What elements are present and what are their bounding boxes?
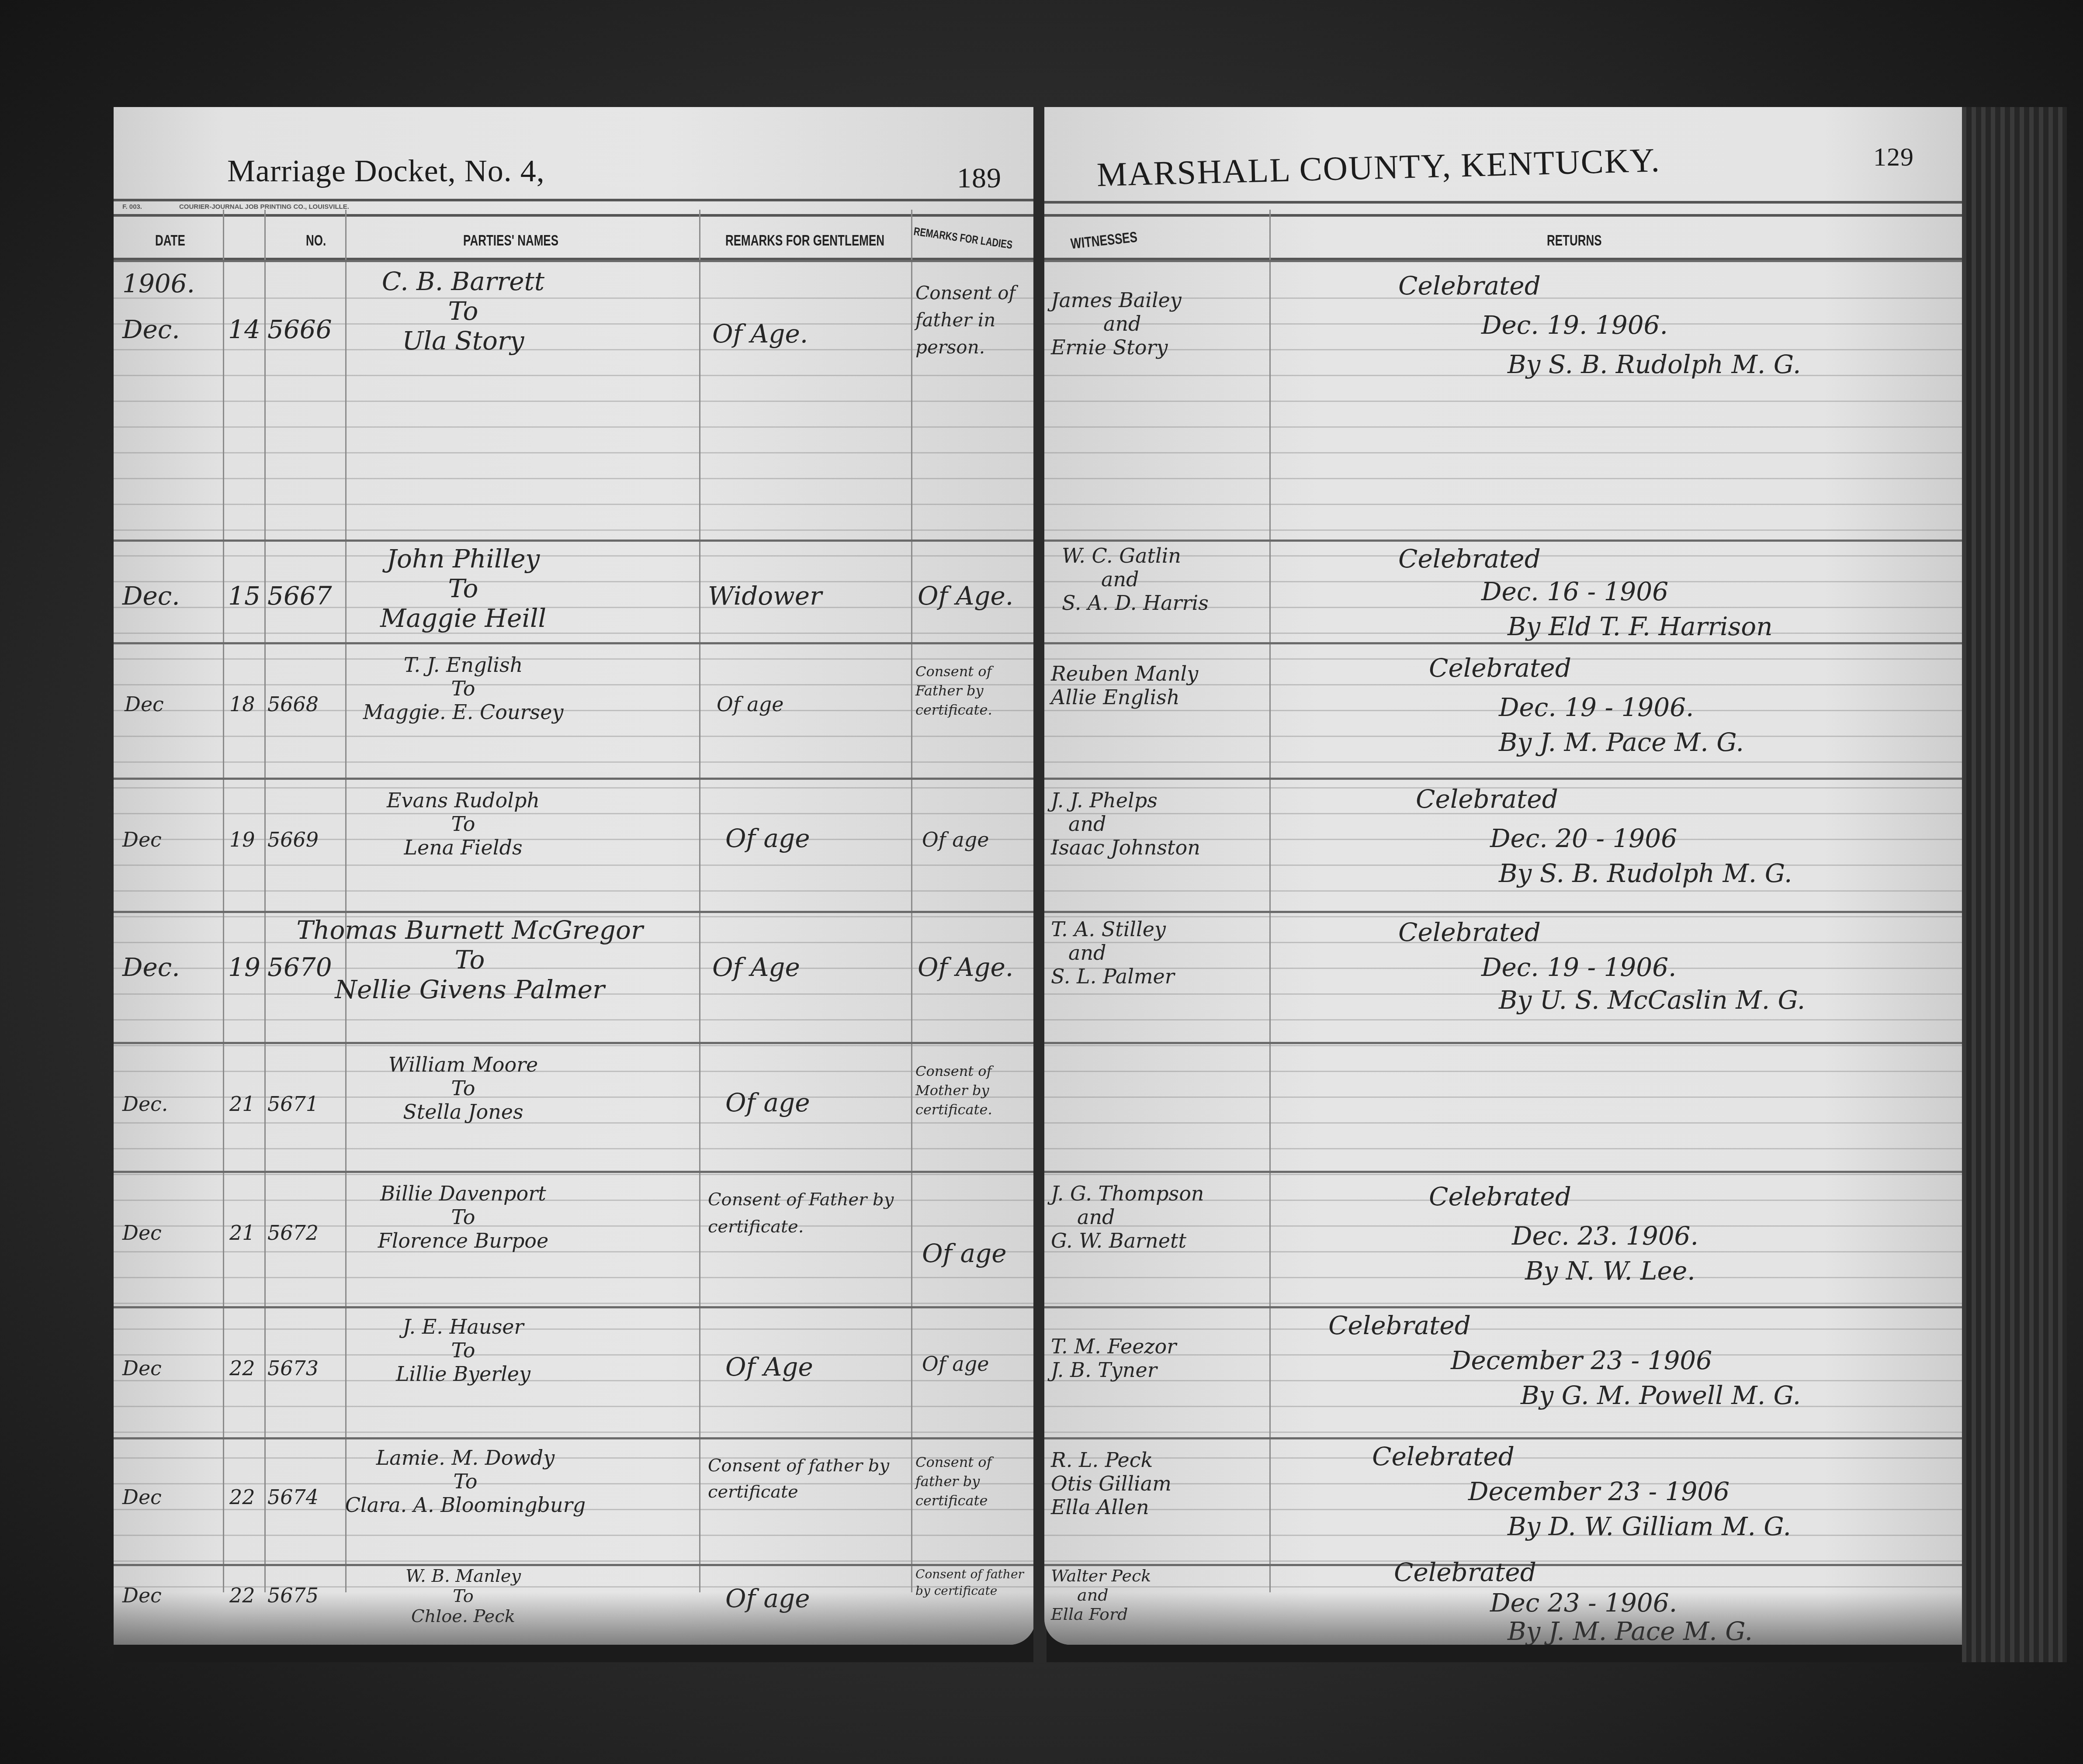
right-page: MARSHALL COUNTY, KENTUCKY. 129 WITNESSES…	[1044, 107, 1962, 1645]
groom-name: C. B. Barrett	[382, 266, 544, 296]
witness-connector: and	[1077, 1205, 1115, 1229]
return-status: Celebrated	[1398, 544, 1541, 574]
entry-number: 5674	[267, 1485, 319, 1509]
remarks-ladies: Consent of father by certificate	[915, 1453, 1033, 1510]
witness-1: T. A. Stilley	[1051, 917, 1166, 941]
return-date: Dec. 19. 1906.	[1481, 310, 1668, 340]
entry-month: Dec	[122, 1356, 162, 1380]
return-status: Celebrated	[1372, 1442, 1515, 1471]
column-header-remarks-gentlemen: REMARKS FOR GENTLEMEN	[725, 232, 884, 250]
entry-row: T. A. Stilley and S. L. Palmer Celebrate…	[1044, 911, 1962, 1044]
return-date: December 23 - 1906	[1451, 1345, 1712, 1375]
to-label: To	[451, 677, 475, 700]
return-status: Celebrated	[1398, 917, 1541, 947]
return-date: Dec. 19 - 1906.	[1481, 952, 1677, 982]
witness-1: R. L. Peck	[1051, 1448, 1153, 1472]
remarks-ladies: Of age	[922, 828, 989, 851]
column-header-remarks-ladies: REMARKS FOR LADIES	[913, 225, 1013, 252]
entry-day: 15	[228, 581, 260, 611]
remarks-gentlemen: Widower	[708, 581, 822, 611]
header-rule	[1044, 201, 1962, 204]
left-page: Marriage Docket, No. 4, 189 F. 003. COUR…	[114, 107, 1036, 1645]
entry-row: Dec. 14 5666 C. B. Barrett To Ula Story …	[114, 260, 1036, 542]
entry-row: Dec 22 5674 Lamie. M. Dowdy To Clara. A.…	[114, 1437, 1036, 1566]
remarks-gentlemen: Of Age	[712, 952, 800, 982]
page-edges	[1962, 107, 2067, 1662]
column-header-witnesses: WITNESSES	[1070, 228, 1138, 252]
to-label: To	[448, 574, 478, 603]
witness-2: S. L. Palmer	[1051, 965, 1175, 988]
page-shadow	[114, 1592, 1036, 1645]
year-prefix: 189	[957, 162, 1002, 195]
witness-3: Ella Allen	[1051, 1495, 1149, 1519]
entry-day: 19	[229, 828, 255, 851]
entry-row: T. M. Feezor J. B. Tyner Celebrated Dece…	[1044, 1306, 1962, 1439]
witness-1: J. G. Thompson	[1051, 1182, 1204, 1205]
entry-number: 5672	[267, 1221, 319, 1245]
return-officiant: By N. W. Lee.	[1525, 1256, 1695, 1286]
entry-number: 5670	[267, 952, 332, 982]
entry-number: 5668	[267, 692, 319, 716]
entry-row: R. L. Peck Otis Gilliam Ella Allen Celeb…	[1044, 1437, 1962, 1566]
return-date: Dec. 19 - 1906.	[1499, 692, 1694, 722]
return-officiant: By U. S. McCaslin M. G.	[1499, 985, 1805, 1015]
open-ledger-book: Marriage Docket, No. 4, 189 F. 003. COUR…	[114, 107, 1962, 1662]
to-label: To	[451, 812, 475, 836]
groom-name: William Moore	[388, 1053, 538, 1076]
entry-day: 21	[229, 1221, 255, 1245]
witness-connector: and	[1068, 812, 1106, 836]
groom-name: W. B. Manley	[406, 1566, 521, 1586]
remarks-ladies: Of age	[922, 1352, 989, 1376]
remarks-gentlemen: Of age	[725, 823, 810, 853]
entry-number: 5671	[267, 1092, 319, 1116]
witness-2: Otis Gilliam	[1051, 1472, 1171, 1495]
remarks-gentlemen: Of Age.	[712, 319, 808, 349]
entry-row: Dec 18 5668 T. J. English To Maggie. E. …	[114, 642, 1036, 780]
witness-connector: and	[1068, 941, 1106, 965]
remarks-ladies: Consent of father in person.	[915, 280, 1033, 361]
remarks-gentlemen: Of Age	[725, 1352, 813, 1382]
witness-1: Walter Peck	[1051, 1566, 1151, 1585]
bride-name: Maggie Heill	[380, 603, 546, 633]
witness-1: Reuben Manly	[1051, 662, 1198, 685]
entry-month: Dec	[125, 692, 164, 716]
witness-2: Ernie Story	[1051, 336, 1168, 359]
return-status: Celebrated	[1429, 1182, 1571, 1211]
remarks-ladies: Consent of Father by certificate.	[915, 662, 1033, 719]
entry-number: 5669	[267, 828, 319, 851]
witness-2: S. A. D. Harris	[1062, 591, 1209, 615]
remarks-gentlemen: Consent of father by certificate	[708, 1453, 900, 1505]
witness-connector: and	[1103, 312, 1141, 336]
return-status: Celebrated	[1328, 1311, 1471, 1340]
witness-2: Isaac Johnston	[1051, 836, 1200, 859]
entry-day: 22	[229, 1356, 255, 1380]
return-date: Dec. 23. 1906.	[1512, 1221, 1698, 1251]
entry-month: Dec.	[122, 315, 180, 344]
return-officiant: By D. W. Gilliam M. G.	[1508, 1512, 1791, 1541]
column-header-parties: PARTIES' NAMES	[463, 232, 558, 250]
entry-month: Dec	[122, 828, 162, 851]
return-officiant: By G. M. Powell M. G.	[1521, 1380, 1801, 1410]
witness-2: J. B. Tyner	[1051, 1358, 1157, 1382]
entry-day: 14	[228, 315, 260, 344]
header-rule	[114, 199, 1036, 201]
to-label: To	[451, 1339, 475, 1362]
to-label: To	[451, 1076, 475, 1100]
form-number: F. 003.	[122, 203, 142, 211]
to-label: To	[451, 1205, 475, 1229]
bride-name: Stella Jones	[403, 1100, 523, 1124]
entry-month: Dec.	[122, 581, 180, 611]
entry-row: James Bailey and Ernie Story Celebrated …	[1044, 260, 1962, 542]
return-status: Celebrated	[1429, 653, 1571, 683]
groom-name: Billie Davenport	[380, 1182, 546, 1205]
column-header-returns: RETURNS	[1547, 232, 1602, 250]
entry-month: Dec	[122, 1485, 162, 1509]
witness-2: Allie English	[1051, 685, 1180, 709]
witness-2: G. W. Barnett	[1051, 1229, 1186, 1252]
witness-1: W. C. Gatlin	[1062, 544, 1181, 567]
entry-row-empty-returns	[1044, 1042, 1962, 1173]
entry-row: Dec 19 5669 Evans Rudolph To Lena Fields…	[114, 778, 1036, 913]
entry-number: 5673	[267, 1356, 319, 1380]
entry-row: Dec. 21 5671 William Moore To Stella Jon…	[114, 1042, 1036, 1173]
return-officiant: By J. M. Pace M. G.	[1499, 727, 1744, 757]
return-status: Celebrated	[1398, 271, 1541, 301]
bride-name: Lillie Byerley	[396, 1362, 530, 1386]
page-shadow	[1044, 1592, 1962, 1645]
remarks-ladies: Of Age.	[918, 581, 1013, 611]
bride-name: Ula Story	[402, 326, 524, 356]
witness-1: J. J. Phelps	[1051, 789, 1158, 812]
return-date: Dec. 20 - 1906	[1490, 823, 1677, 853]
entry-row: J. G. Thompson and G. W. Barnett Celebra…	[1044, 1171, 1962, 1308]
entry-number: 5667	[267, 581, 332, 611]
groom-name: T. J. English	[404, 653, 523, 677]
entry-day: 18	[229, 692, 255, 716]
entry-month: Dec.	[122, 1092, 168, 1116]
column-header-date: DATE	[155, 232, 185, 250]
entry-month: Dec	[122, 1221, 162, 1245]
county-title: MARSHALL COUNTY, KENTUCKY.	[1096, 140, 1661, 194]
entry-row: Dec. 19 5670 Thomas Burnett McGregor To …	[114, 911, 1036, 1044]
bride-name: Clara. A. Bloomingburg	[345, 1493, 586, 1517]
return-status: Celebrated	[1416, 784, 1558, 814]
bride-name: Lena Fields	[404, 836, 522, 859]
docket-title: Marriage Docket, No. 4,	[227, 153, 545, 189]
groom-name: J. E. Hauser	[403, 1315, 524, 1339]
bride-name: Florence Burpoe	[378, 1229, 549, 1252]
remarks-gentlemen: Of age	[717, 692, 783, 716]
remarks-ladies: Of Age.	[918, 952, 1013, 982]
entry-row: Reuben Manly Allie English Celebrated De…	[1044, 642, 1962, 780]
return-date: December 23 - 1906	[1468, 1477, 1729, 1506]
groom-name: Evans Rudolph	[387, 789, 540, 812]
page-number: 129	[1873, 142, 1914, 172]
return-date: Dec. 16 - 1906	[1481, 577, 1668, 606]
to-label: To	[454, 945, 485, 975]
entry-day: 21	[229, 1092, 255, 1116]
header-rule	[1044, 214, 1962, 217]
entry-month: Dec.	[122, 952, 180, 982]
remarks-gentlemen: Consent of Father by certificate.	[708, 1186, 896, 1240]
return-officiant: By Eld T. F. Harrison	[1508, 612, 1773, 641]
entry-row: Dec 22 5673 J. E. Hauser To Lillie Byerl…	[114, 1306, 1036, 1439]
witness-1: James Bailey	[1051, 288, 1182, 312]
witness-1: T. M. Feezor	[1051, 1335, 1176, 1358]
witness-connector: and	[1101, 567, 1139, 591]
return-officiant: By S. B. Rudolph M. G.	[1499, 858, 1792, 888]
remarks-ladies: Consent of Mother by certificate.	[915, 1062, 1033, 1119]
groom-name: Lamie. M. Dowdy	[376, 1446, 555, 1470]
entry-row: Dec 21 5672 Billie Davenport To Florence…	[114, 1171, 1036, 1308]
remarks-gentlemen: Of age	[725, 1088, 810, 1117]
bride-name: Nellie Givens Palmer	[335, 975, 605, 1004]
column-header-number: No.	[306, 232, 326, 250]
groom-name: Thomas Burnett McGregor	[296, 915, 643, 945]
entry-number: 5666	[267, 315, 332, 344]
remarks-ladies: Of age	[922, 1238, 1006, 1268]
return-status: Celebrated	[1394, 1557, 1536, 1587]
to-label: To	[454, 1470, 478, 1493]
entry-day: 19	[228, 952, 260, 982]
bride-name: Maggie. E. Coursey	[363, 700, 564, 724]
header-rule	[114, 214, 1036, 217]
groom-name: John Philley	[387, 544, 540, 574]
entry-row: J. J. Phelps and Isaac Johnston Celebrat…	[1044, 778, 1962, 913]
return-officiant: By S. B. Rudolph M. G.	[1508, 349, 1801, 379]
to-label: To	[448, 296, 478, 326]
entry-day: 22	[229, 1485, 255, 1509]
